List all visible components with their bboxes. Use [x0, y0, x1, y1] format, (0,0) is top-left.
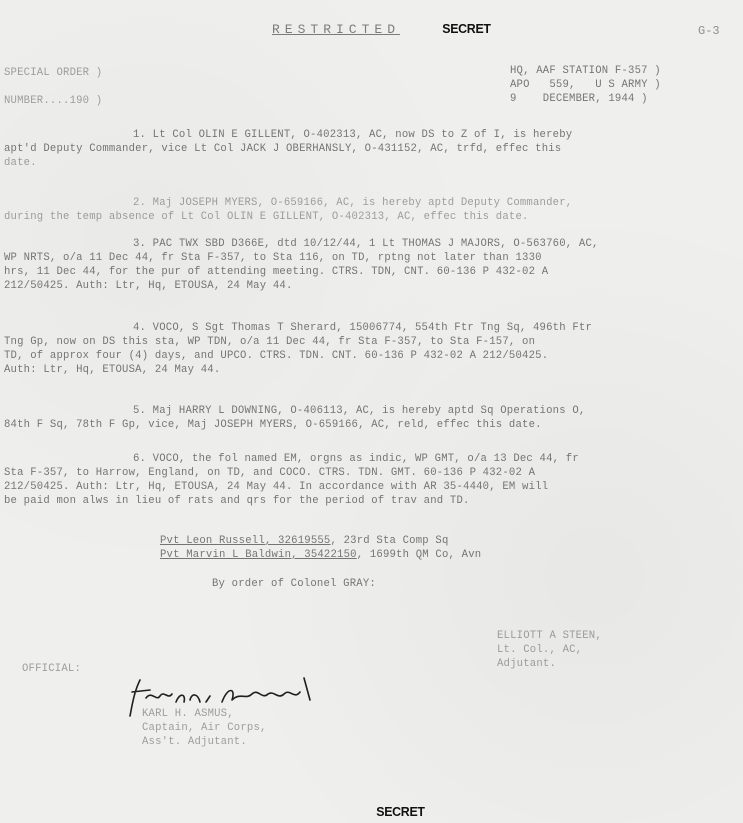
signatory-name: ELLIOTT A STEEN, [497, 629, 602, 643]
document-number: G-3 [698, 24, 720, 38]
secret-stamp-bottom: SECRET [376, 804, 424, 819]
paragraph-line: 212/50425. Auth: Ltr, Hq, ETOUSA, 24 May… [4, 279, 293, 293]
paragraph-line: Sta F-357, to Harrow, England, on TD, an… [4, 466, 535, 480]
list-item: Pvt Marvin L Baldwin, 35422150, 1699th Q… [160, 544, 481, 562]
paragraph-line: 3. PAC TWX SBD D366E, dtd 10/12/44, 1 Lt… [133, 237, 599, 251]
secret-stamp-top: SECRET [442, 21, 490, 36]
official-label: OFFICIAL: [22, 662, 81, 676]
paragraph-line: Auth: Ltr, Hq, ETOUSA, 24 May 44. [4, 363, 220, 377]
paragraph-line: 1. Lt Col OLIN E GILLENT, O-402313, AC, … [133, 128, 572, 142]
document-page: RESTRICTED SECRET G-3 SPECIAL ORDER ) NU… [0, 0, 743, 823]
apo-line: APO 559, U S ARMY ) [510, 78, 661, 92]
authenticator-name: KARL H. ASMUS, [142, 707, 234, 721]
headquarters-line: HQ, AAF STATION F-357 ) [510, 64, 661, 78]
enlisted-unit: , 1699th QM Co, Avn [357, 549, 482, 561]
paragraph-line: during the temp absence of Lt Col OLIN E… [4, 210, 529, 224]
paragraph-line: hrs, 11 Dec 44, for the pur of attending… [4, 265, 548, 279]
enlisted-name: Pvt Marvin L Baldwin, 35422150 [160, 549, 357, 561]
paragraph-line: 2. Maj JOSEPH MYERS, O-659166, AC, is he… [133, 196, 572, 210]
paragraph-line: apt'd Deputy Commander, vice Lt Col JACK… [4, 142, 561, 156]
paragraph-line: TD, of approx four (4) days, and UPCO. C… [4, 349, 548, 363]
order-authority-line: By order of Colonel GRAY: [212, 577, 376, 591]
paragraph-line: 5. Maj HARRY L DOWNING, O-406113, AC, is… [133, 404, 585, 418]
paragraph-line: 4. VOCO, S Sgt Thomas T Sherard, 1500677… [133, 321, 592, 335]
restricted-marking: RESTRICTED [272, 22, 400, 37]
paragraph-line: 84th F Sq, 78th F Gp, vice, Maj JOSEPH M… [4, 418, 542, 432]
order-number: NUMBER....190 ) [4, 94, 102, 108]
signatory-rank: Lt. Col., AC, [497, 643, 582, 657]
paragraph-line: 6. VOCO, the fol named EM, orgns as indi… [133, 452, 579, 466]
paragraph-line: be paid mon alws in lieu of rats and qrs… [4, 494, 470, 508]
signatory-title: Adjutant. [497, 657, 556, 671]
paragraph-line: 212/50425. Auth: Ltr, Hq, ETOUSA, 24 May… [4, 480, 548, 494]
authenticator-title: Ass't. Adjutant. [142, 735, 247, 749]
paragraph-line: Tng Gp, now on DS this sta, WP TDN, o/a … [4, 335, 535, 349]
authenticator-rank: Captain, Air Corps, [142, 721, 267, 735]
paragraph-line: date. [4, 156, 37, 170]
date-line: 9 DECEMBER, 1944 ) [510, 92, 648, 106]
special-order-label: SPECIAL ORDER ) [4, 66, 102, 80]
paragraph-line: WP NRTS, o/a 11 Dec 44, fr Sta F-357, to… [4, 251, 542, 265]
